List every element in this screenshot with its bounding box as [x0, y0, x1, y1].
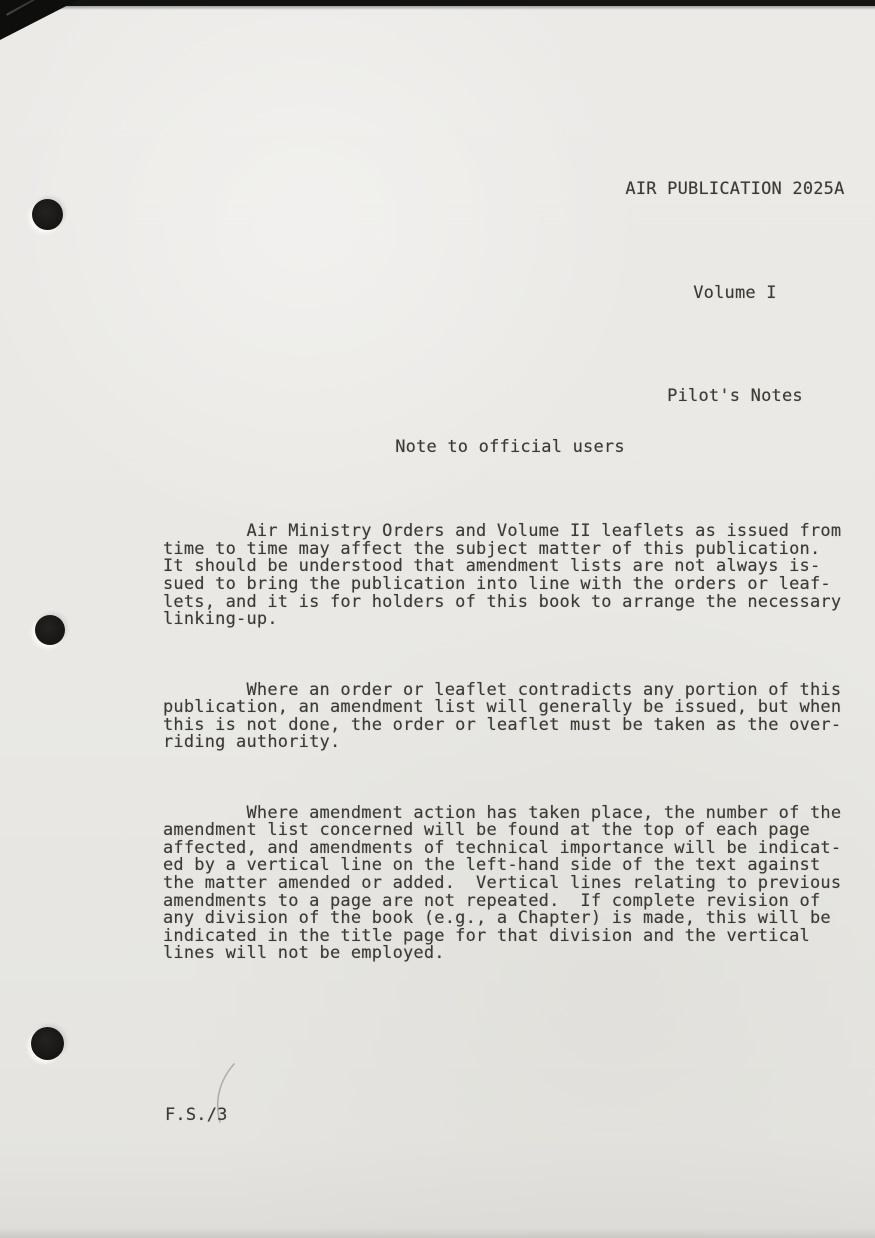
paragraph-2: Where an order or leaflet contradicts an…: [163, 682, 865, 752]
volume-label: Volume I: [612, 276, 858, 311]
body-text: Air Ministry Orders and Volume II leafle…: [163, 488, 865, 1016]
section-heading: Note to official users: [165, 438, 855, 456]
paragraph-3: Where amendment action has taken place, …: [163, 805, 865, 963]
bottom-shade: [0, 1228, 875, 1238]
scanned-page: AIR PUBLICATION 2025A Volume I Pilot's N…: [0, 0, 875, 1238]
footer-reference: F.S./3: [165, 1106, 228, 1124]
folded-corner: [0, 0, 78, 40]
punch-hole-middle: [35, 615, 65, 645]
paragraph-1: Air Ministry Orders and Volume II leafle…: [163, 523, 865, 629]
punch-hole-top: [32, 199, 63, 230]
pilots-notes-label: Pilot's Notes: [612, 379, 858, 414]
header-block: AIR PUBLICATION 2025A Volume I Pilot's N…: [612, 103, 858, 483]
publication-title: AIR PUBLICATION 2025A: [612, 172, 858, 207]
punch-hole-bottom: [31, 1027, 64, 1060]
scan-edge-top-fade: [0, 6, 875, 10]
